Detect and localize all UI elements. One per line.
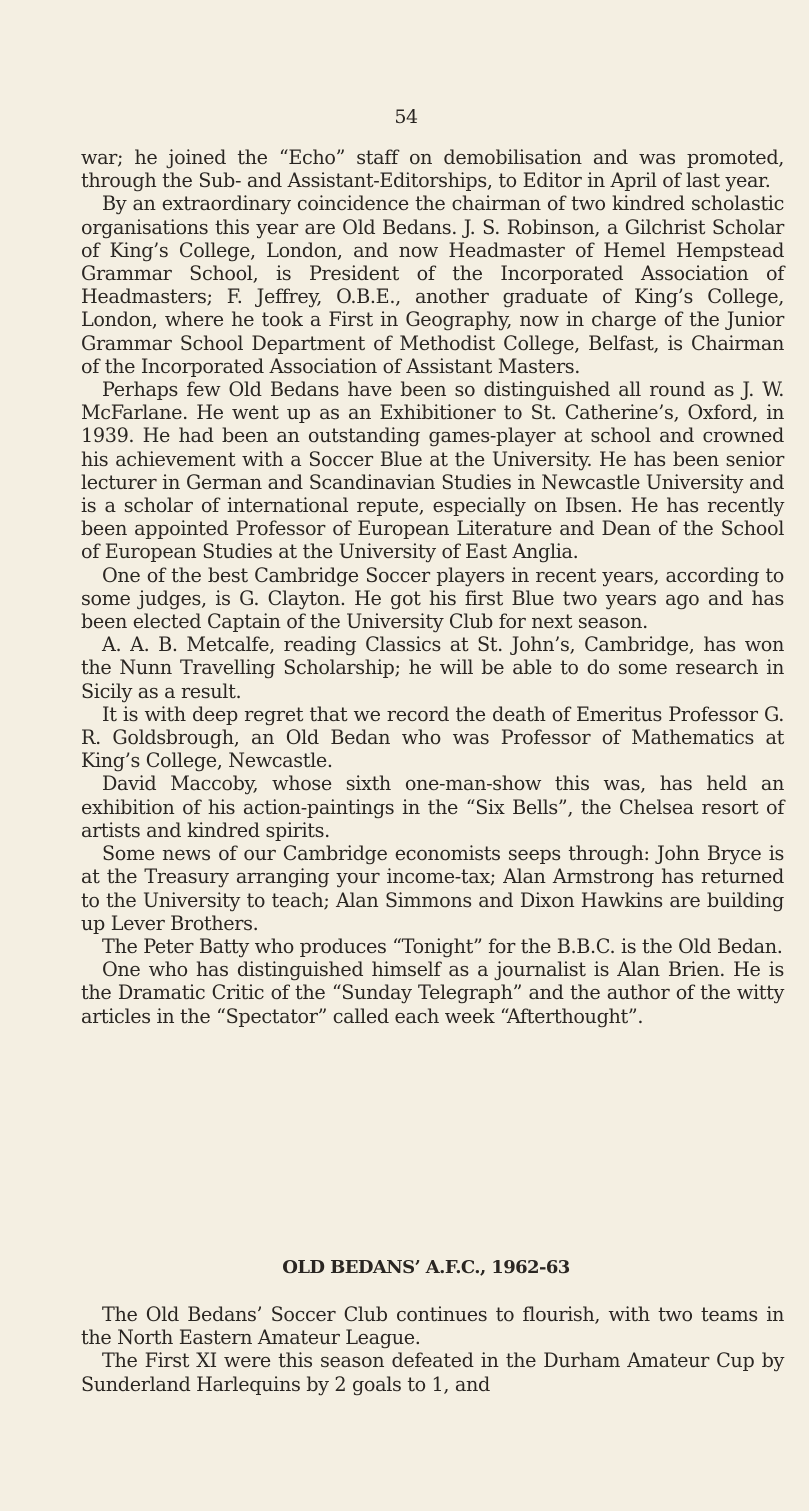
paragraph-clayton: One of the best Cambridge Soccer players…	[81, 564, 784, 634]
page-number: 54	[81, 106, 731, 128]
paragraph-soccer-club: The Old Bedans’ Soccer Club continues to…	[81, 1303, 784, 1349]
paragraph-durham-cup: The First XI were this season defeated i…	[81, 1349, 784, 1395]
paragraph-brien: One who has distinguished himself as a j…	[81, 958, 784, 1028]
paragraph-maccoby: David Maccoby, whose sixth one-man-show …	[81, 772, 784, 842]
paragraph-chairmen: By an extraordinary coincidence the chai…	[81, 192, 784, 378]
notes-body: war; he joined the “Echo” staff on demob…	[81, 146, 784, 1028]
paragraph-batty: The Peter Batty who produces “Tonight” f…	[81, 935, 784, 958]
section-heading: OLD BEDANS’ A.F.C., 1962-63	[81, 1257, 771, 1278]
paragraph-economists: Some news of our Cambridge economists se…	[81, 842, 784, 935]
paragraph-echo-editor: war; he joined the “Echo” staff on demob…	[81, 146, 784, 192]
paragraph-metcalfe: A. A. B. Metcalfe, reading Classics at S…	[81, 633, 784, 703]
afc-section-body: The Old Bedans’ Soccer Club continues to…	[81, 1303, 784, 1396]
paragraph-goldsbrough: It is with deep regret that we record th…	[81, 703, 784, 773]
paragraph-mcfarlane: Perhaps few Old Bedans have been so dist…	[81, 378, 784, 564]
